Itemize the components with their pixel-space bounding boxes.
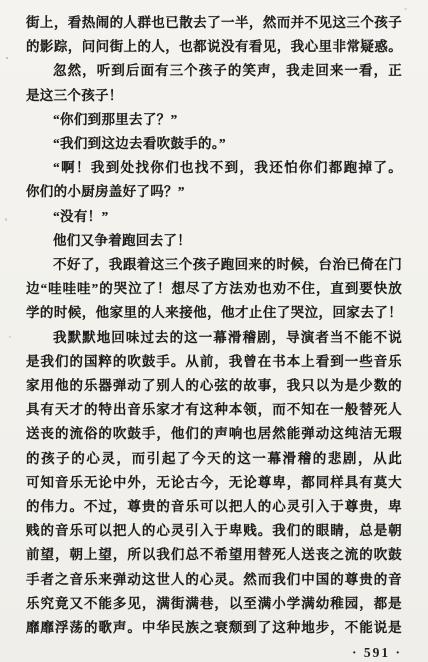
text-line: 手者之音乐来弹动这世人的心灵。然而我们中国的尊贵的音: [26, 568, 402, 592]
text-line: 前望，朝上望，所以我们总不希望用替死人送丧之流的吹鼓: [26, 543, 402, 567]
book-page: 街上，看热闹的人群也已散去了一半，然而并不见这三个孩子的影踪，问问街上的人，也都…: [0, 0, 428, 662]
text-line: 送丧的流俗的吹鼓手，他们的声响也居然能弹动这纯洁无瑕: [26, 422, 402, 446]
text-line: 他们又争着跑回去了！: [26, 229, 402, 253]
text-line: 是这三个孩子！: [26, 84, 402, 108]
text-line: 的孩子的心灵，而引起了今天的这一幕滑稽的悲剧，从此: [26, 447, 402, 471]
text-line: 你们的小厨房盖好了吗？”: [26, 180, 402, 204]
page-text: 街上，看热闹的人群也已散去了一半，然而并不见这三个孩子的影踪，问问街上的人，也都…: [26, 11, 402, 640]
text-line: 乐究竟又不能多见，满街满巷，以至满小学满幼稚园，都是: [26, 592, 402, 616]
text-line: 的伟力。不过，尊贵的音乐可以把人的心灵引入于尊贵，卑: [26, 495, 402, 519]
text-line: “我们到这边去看吹鼓手的。”: [26, 132, 402, 156]
text-line: “你们到那里去了？”: [26, 108, 402, 132]
text-line: 的影踪，问问街上的人，也都说没有看见，我心里非常疑惑。: [26, 35, 402, 59]
text-line: 学的时候，他家里的人来接他，他才止住了哭泣，回家去了！: [26, 301, 402, 325]
text-line: 贱的音乐可以把人的心灵引入于卑贱。我们的眼睛，总是朝: [26, 519, 402, 543]
text-line: 可知音乐无论中外，无论古今，无论尊卑，都同样具有莫大: [26, 471, 402, 495]
text-line: 是我们的国粹的吹鼓手。从前，我曾在书本上看到一些音乐: [26, 350, 402, 374]
text-line: 不好了，我跟着这三个孩子跑回来的时候，台治已倚在门: [26, 253, 402, 277]
scan-speck: [6, 57, 8, 59]
text-line: 具有天才的特出音乐家才有这种本领，而不知在一般替死人: [26, 398, 402, 422]
text-line: 边“哇哇哇”的哭泣了！想尽了方法劝也劝不住，直到要快放: [26, 277, 402, 301]
page-number: · 591 ·: [26, 645, 402, 661]
text-line: “啊！我到处找你们也找不到，我还怕你们都跑掉了。: [26, 156, 402, 180]
text-line: 靡靡浮荡的歌声。中华民族之衰颓到了这种地步，不能说是: [26, 616, 402, 640]
text-line: 街上，看热闹的人群也已散去了一半，然而并不见这三个孩子: [26, 11, 402, 35]
text-line: 忽然，听到后面有三个孩子的笑声，我走回来一看，正: [26, 59, 402, 83]
text-line: 我默默地回味过去的这一幕滑稽剧，导演者当不能不说: [26, 326, 402, 350]
text-line: 家用他的乐器弹动了别人的心弦的故事，我只以为是少数的: [26, 374, 402, 398]
scan-speck: [9, 336, 11, 338]
scan-speck: [5, 218, 7, 221]
text-line: “没有！”: [26, 205, 402, 229]
scan-speck: [404, 8, 407, 10]
